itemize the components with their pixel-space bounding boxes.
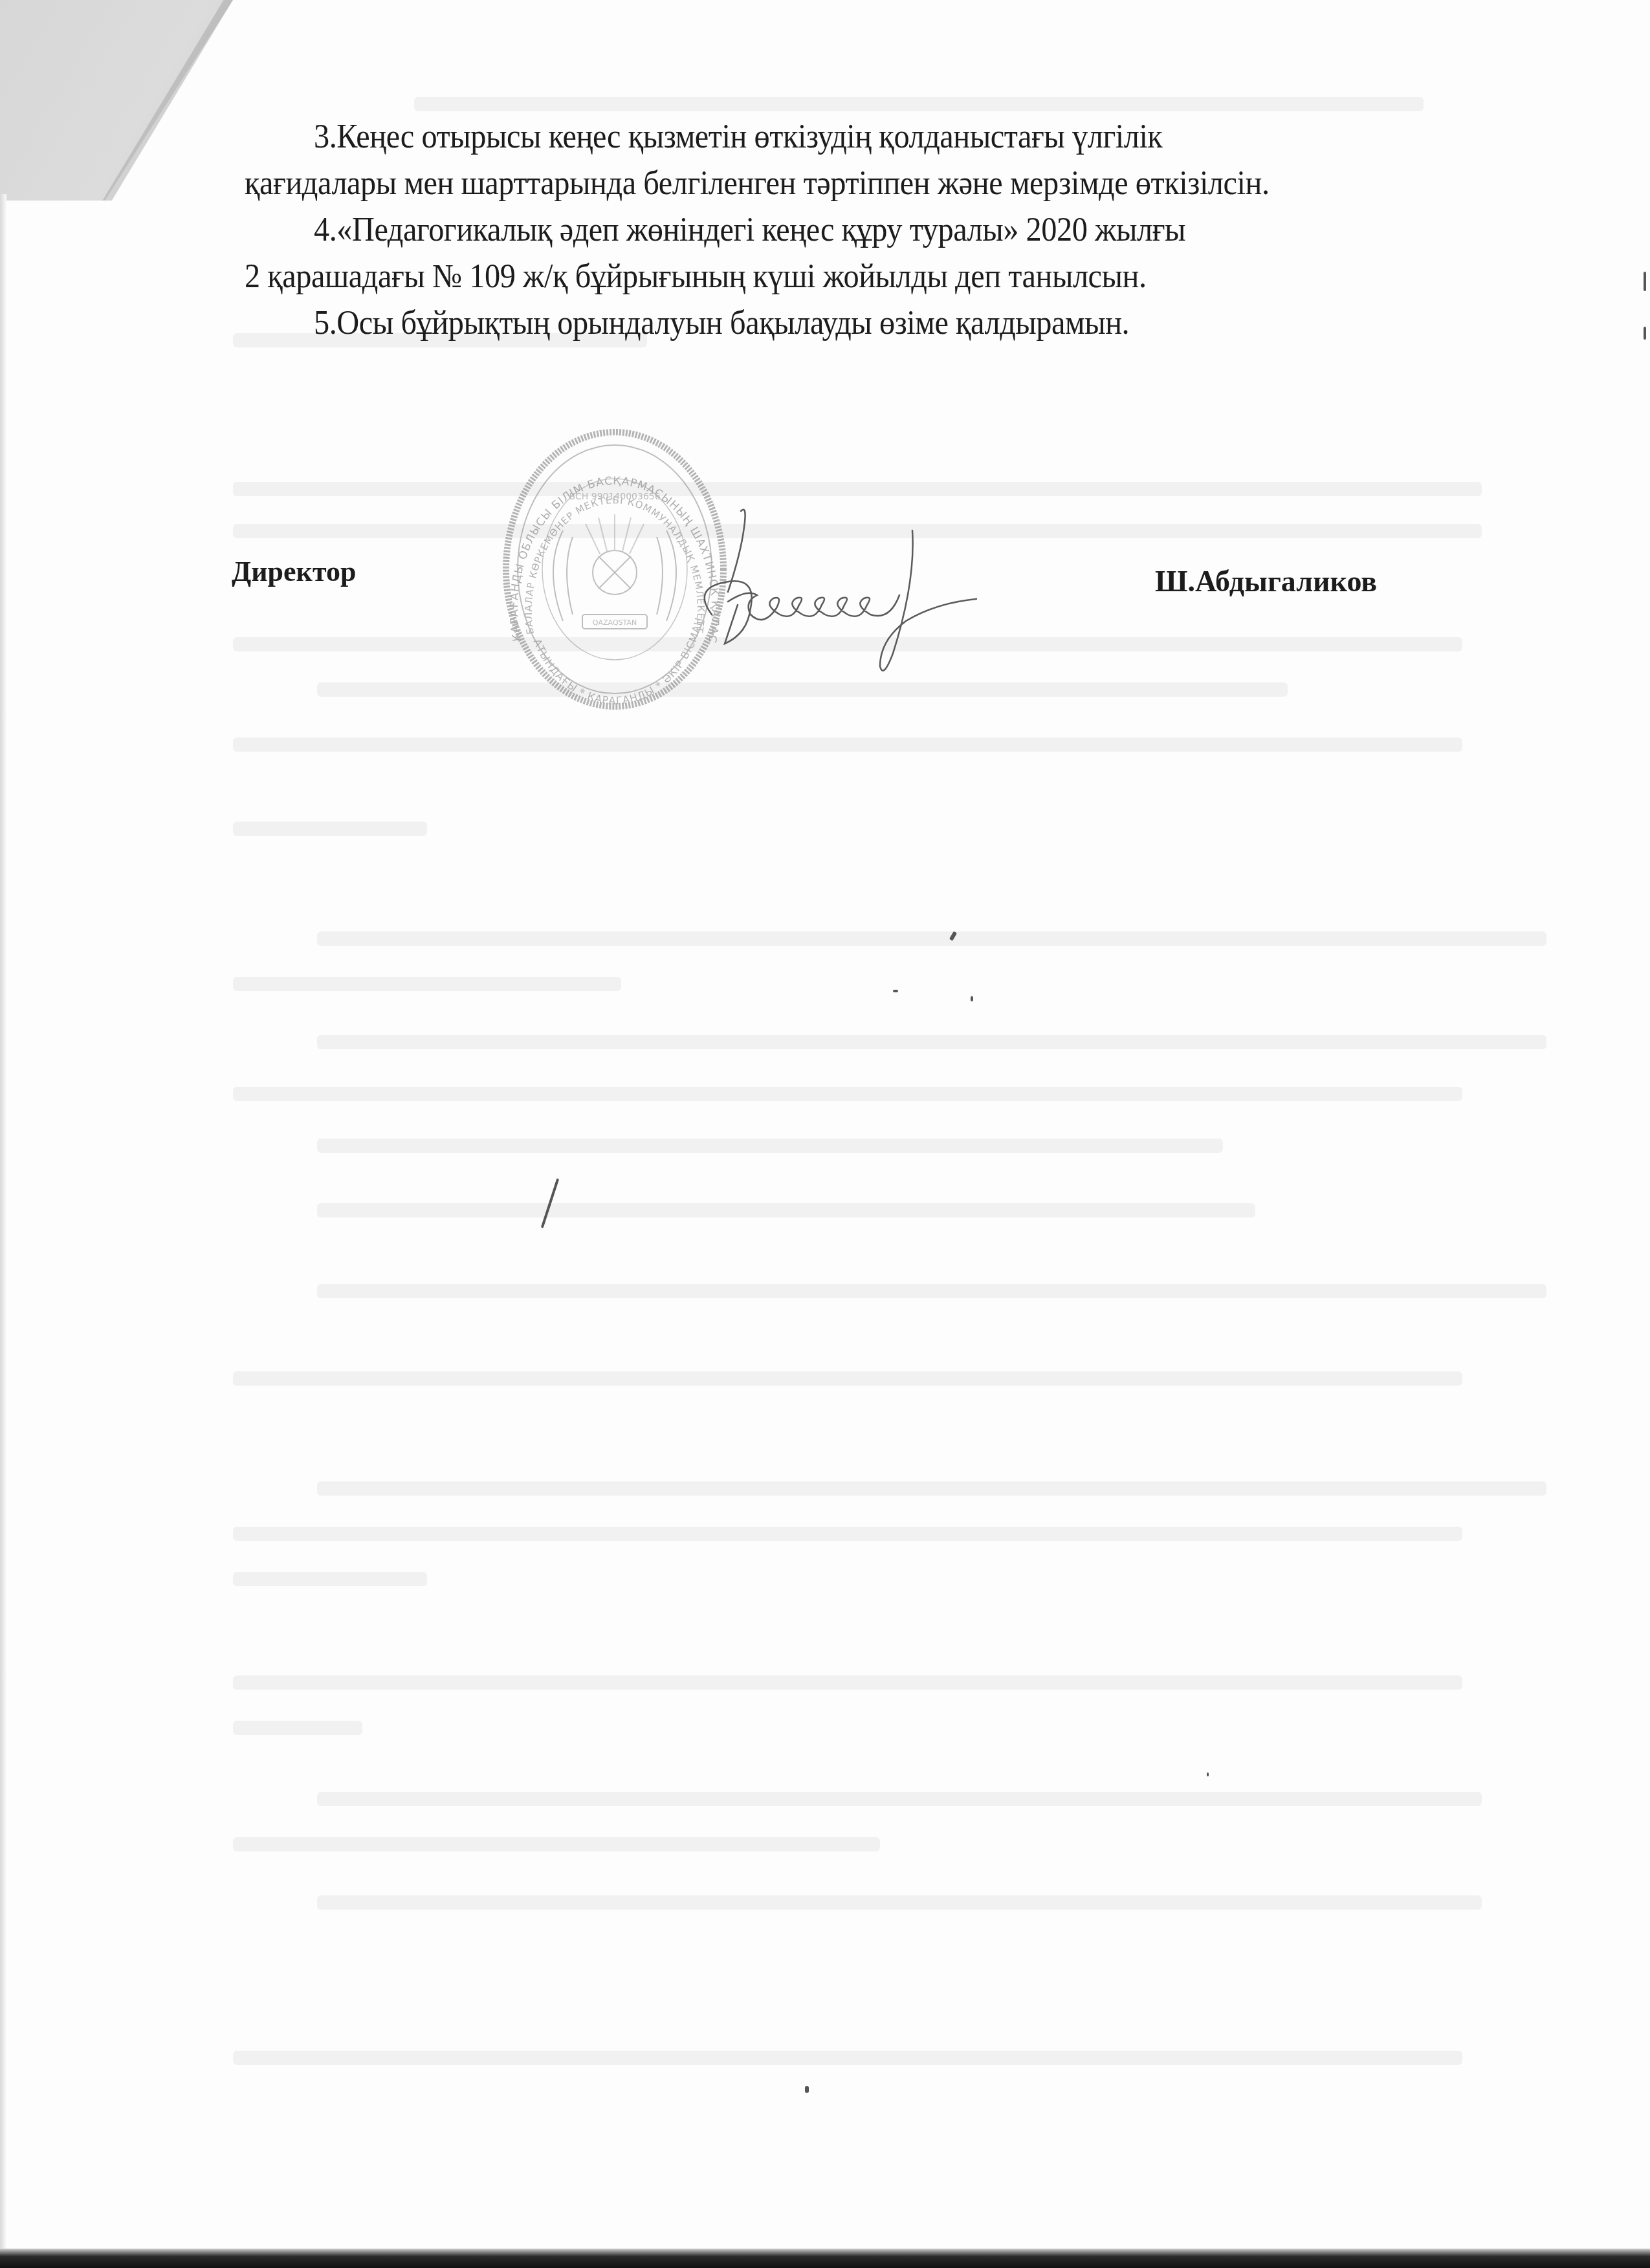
paragraph-3: 3.Кеңес отырысы кеңес қызметін өткізудің… [245, 114, 1328, 207]
official-seal-icon: ҚАРАҒАНДЫ ОБЛЫСЫ БІЛІМ БАСҚАРМАСЫНЫҢ ШАХ… [501, 427, 728, 712]
paragraph-5: 5.Осы бұйрықтың орындалуын бақылауды өзі… [245, 300, 1328, 347]
svg-text:QAZAQSTAN: QAZAQSTAN [593, 618, 637, 627]
paragraph-4-first-line: 4.«Педагогикалық әдеп жөніндегі кеңес құ… [245, 207, 1328, 254]
folded-page-corner [0, 0, 233, 201]
order-body: 3.Кеңес отырысы кеңес қызметін өткізудің… [245, 114, 1328, 347]
scan-left-edge [0, 194, 6, 2251]
scanner-bottom-edge [0, 2249, 1650, 2268]
paragraph-5-first-line: 5.Осы бұйрықтың орындалуын бақылауды өзі… [245, 300, 1328, 347]
paragraph-4-continuation: 2 қарашадағы № 109 ж/қ бұйрығының күші ж… [245, 254, 1328, 300]
paragraph-3-continuation: қағидалары мен шарттарында белгіленген т… [245, 160, 1328, 207]
paragraph-4: 4.«Педагогикалық әдеп жөніндегі кеңес құ… [245, 207, 1328, 300]
signer-name: Ш.Абдыгаликов [1155, 564, 1377, 598]
svg-text:АТЫНДАҒЫ * КАРАГАНДЫ * ӘКІР ВІ: АТЫНДАҒЫ * КАРАГАНДЫ * ӘКІР ВІСМАНБИОВ [501, 427, 705, 707]
position-label: Директор [232, 555, 356, 588]
paragraph-3-first-line: 3.Кеңес отырысы кеңес қызметін өткізудің… [245, 114, 1328, 160]
